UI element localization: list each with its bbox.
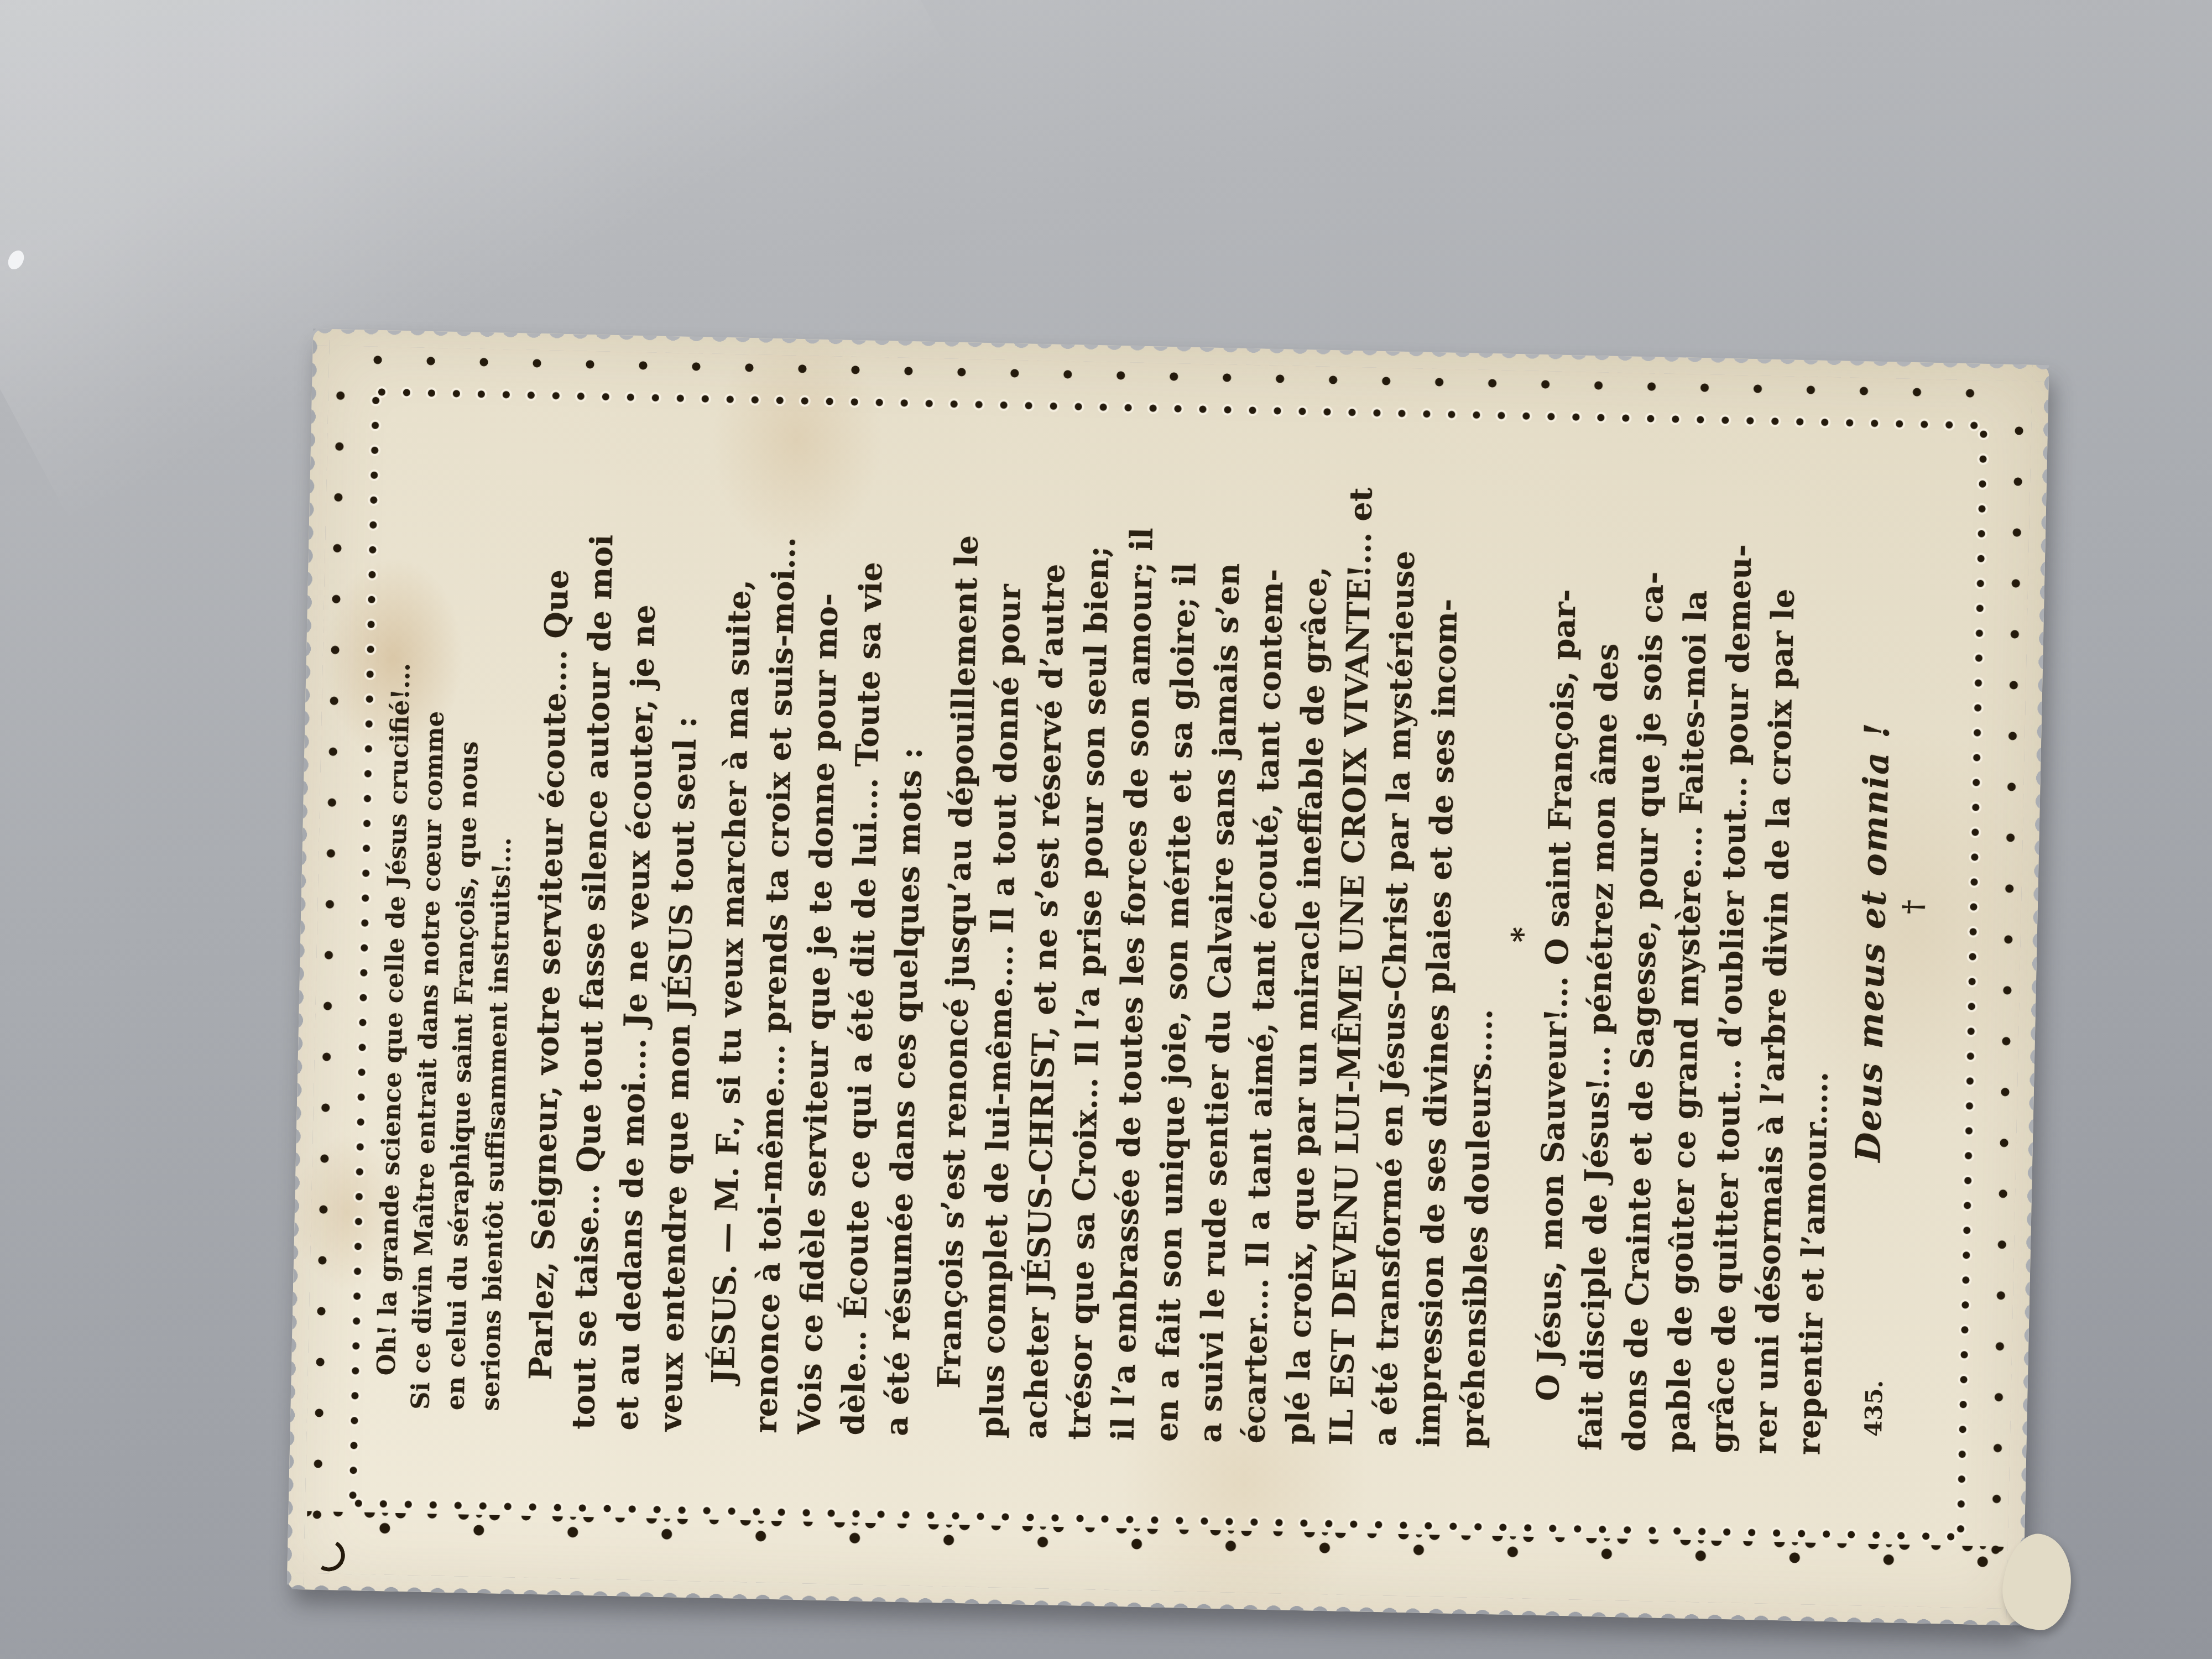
holy-card: Oh! la grande science que celle de Jésus…	[286, 328, 2049, 1625]
paragraph-jesus: JÉSUS. — M. F., si tu veux marcher à ma …	[701, 404, 941, 1437]
paragraph-o-jesus: O Jésus, mon Sauveur!... O saint Françoi…	[1525, 421, 1853, 1455]
card-paper: Oh! la grande science que celle de Jésus…	[286, 328, 2049, 1625]
intro-paragraph: Oh! la grande science que celle de Jésus…	[368, 421, 528, 1411]
photo-of-holy-card: { "scene": { "backdrop_color_top": "#c3c…	[0, 0, 2212, 1659]
paragraph-parlez: Parlez, Seigneur, votre serviteur écoute…	[518, 400, 714, 1432]
perforation-row-bottom	[1954, 416, 1991, 1541]
paragraph-francois: François s’est renoncé jusqu’au dépouill…	[927, 408, 1516, 1448]
series-number: 435.	[1860, 1380, 1888, 1437]
printed-text-block: Oh! la grande science que celle de Jésus…	[368, 397, 1941, 1457]
